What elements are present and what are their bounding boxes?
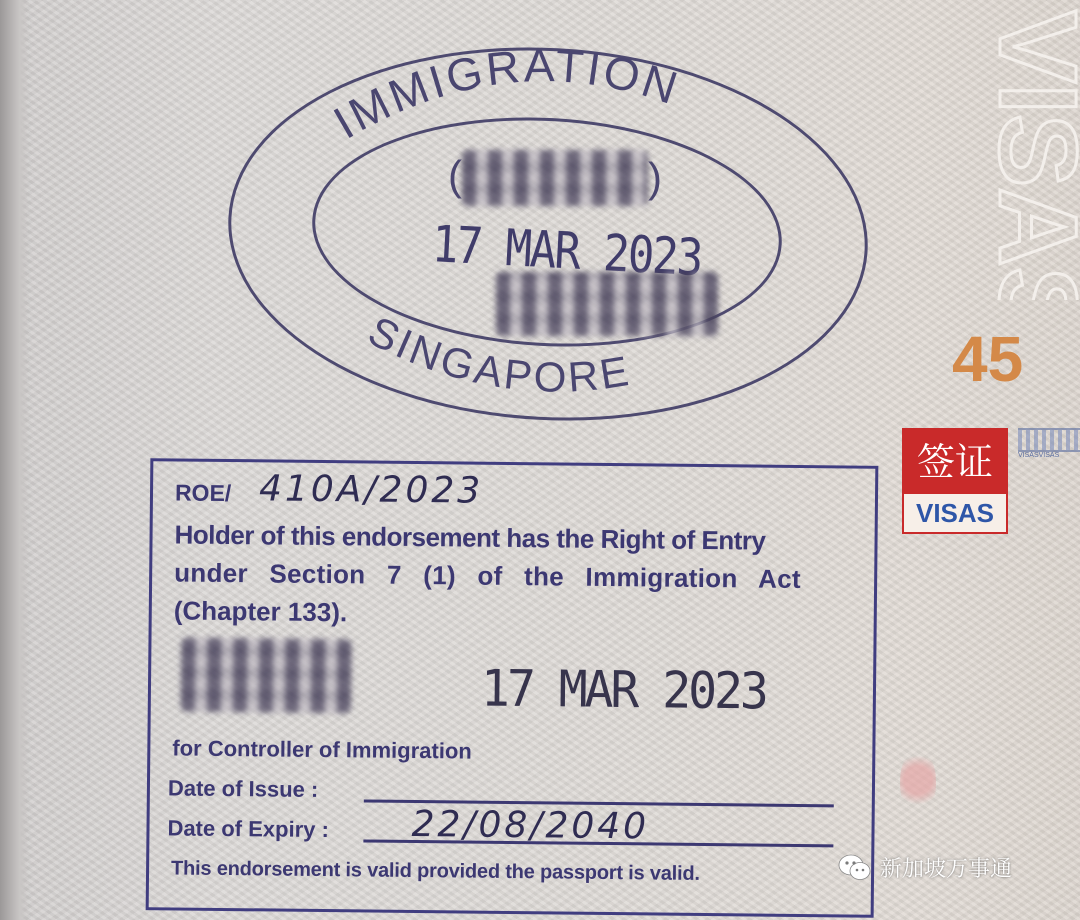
stamp-paren-left: (: [448, 152, 462, 199]
redacted-officer: [181, 638, 352, 714]
date-of-expiry-label: Date of Expiry :: [167, 815, 329, 843]
visa-badge-chinese: 签证: [904, 430, 1006, 494]
stamp-paren-right: ): [648, 154, 662, 201]
section-line: under Section 7 (1) of the Immigration A…: [174, 557, 801, 595]
ornament-text: VISASVISAS: [1018, 452, 1059, 459]
page-number: 45: [952, 322, 1023, 396]
date-of-issue-label: Date of Issue :: [168, 775, 319, 803]
controller-line: for Controller of Immigration: [172, 735, 472, 764]
chapter-line: (Chapter 133).: [174, 595, 348, 628]
expiry-date-value: 22/08/2040: [411, 804, 649, 847]
wechat-icon: [838, 853, 872, 883]
endorsement-date: 17 MAR 2023: [481, 659, 766, 721]
visa-badge-english: VISAS: [904, 494, 1006, 532]
visa-badge: 签证 VISAS: [902, 428, 1008, 534]
watermark: 新加坡万事通: [838, 852, 1012, 883]
svg-text:IMMIGRATION: IMMIGRATION: [325, 39, 686, 149]
faded-tower-illustration: [900, 750, 936, 810]
redacted-region: [462, 150, 648, 206]
validity-note: This endorsement is valid provided the p…: [171, 857, 700, 886]
stamp-top-text: IMMIGRATION: [325, 39, 686, 149]
visas-watermark-text: VISAS: [980, 0, 1080, 300]
ornament-band: [1018, 428, 1080, 452]
holder-line: Holder of this endorsement has the Right…: [174, 519, 765, 556]
roe-number: 410A/2023: [259, 468, 484, 511]
svg-text:VISAS: VISAS: [980, 10, 1080, 300]
redacted-signature: [496, 272, 718, 336]
endorsement-stamp: ROE/ 410A/2023 Holder of this endorsemen…: [146, 458, 879, 918]
roe-label: ROE/: [175, 479, 232, 507]
watermark-text: 新加坡万事通: [880, 852, 1012, 883]
passport-page: IMMIGRATION SINGAPORE ( ) 17 MAR 2023 RO…: [0, 0, 1080, 920]
